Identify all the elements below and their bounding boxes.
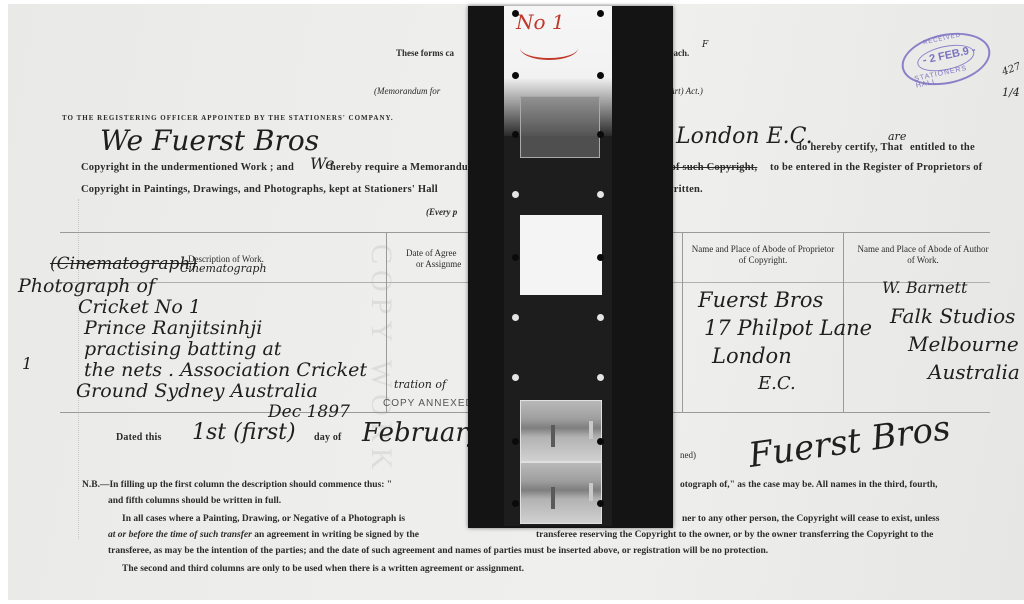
- nb-line-4-rest: an agreement in writing be signed by the: [254, 530, 419, 540]
- description-line: Photograph of: [18, 276, 367, 297]
- col-divider-2: [682, 232, 683, 412]
- received-stamp: RECEIVED - 2 FEB.9 - STATIONERS HALL: [897, 25, 995, 93]
- sprocket-hole: [597, 314, 604, 321]
- nb-line-4-right: transferee reserving the Copyright to th…: [536, 528, 933, 543]
- corner-number: 427: [1001, 61, 1023, 78]
- copyright-line-2: Copyright in the undermentioned Work ; a…: [81, 162, 294, 173]
- nb-line-3: In all cases where a Painting, Drawing, …: [122, 512, 405, 527]
- proprietor-line: London: [698, 342, 872, 370]
- film-strip: No 1: [504, 6, 612, 526]
- film-label-underline: [520, 36, 578, 60]
- description-line: Ground Sydney Australia: [18, 381, 367, 402]
- sprocket-hole: [512, 10, 519, 17]
- applicant-handwritten: We Fuerst Bros: [100, 124, 319, 157]
- nb-line-5: transferee, as may be the intention of t…: [108, 544, 768, 559]
- description-line: the nets . Association Cricket: [18, 360, 367, 381]
- author-line: Australia: [882, 358, 1020, 386]
- col-divider-1: [386, 232, 387, 412]
- batsman-figure: [551, 425, 555, 447]
- stumps-figure: [589, 483, 593, 501]
- film-frame-photo-1: [520, 400, 602, 462]
- col-header-author: Name and Place of Abode of Author of Wor…: [853, 244, 993, 266]
- sprocket-hole: [597, 10, 604, 17]
- dated-label: Dated this: [116, 432, 162, 443]
- require-text: hereby require a Memorandum: [330, 162, 477, 173]
- addressee-line: TO THE REGISTERING OFFICER APPOINTED BY …: [62, 114, 394, 122]
- applicant-place-handwritten: London E.C.: [676, 124, 813, 149]
- description-line: Cricket No 1: [18, 297, 367, 318]
- every-party-note: (Every p: [426, 207, 457, 217]
- entitled-text: entitled to the: [910, 142, 975, 153]
- register-text: to be entered in the Register of Proprie…: [770, 162, 982, 173]
- margin-number: 1: [22, 354, 32, 373]
- stumps-figure: [589, 421, 593, 439]
- certify-text: do hereby certify, That: [796, 142, 903, 153]
- description-handwritten: Photograph of Cricket No 1 Prince Ranjit…: [18, 276, 367, 423]
- nb-line-1: N.B.—In filling up the first column the …: [82, 478, 392, 493]
- dated-day-handwritten: 1st (first): [192, 420, 296, 445]
- sprocket-hole: [512, 191, 519, 198]
- batsman-figure: [551, 487, 555, 509]
- corner-fraction: 1/4: [1002, 86, 1020, 99]
- fee-mark: F: [702, 40, 708, 50]
- nb-line-1-right: otograph of," as the case may be. All na…: [680, 478, 938, 493]
- sprocket-hole: [512, 374, 519, 381]
- nb-line-2: and fifth columns should be written in f…: [108, 494, 281, 509]
- copyright-line-3: Copyright in Paintings, Drawings, and Ph…: [81, 184, 438, 195]
- film-label-text: No 1: [516, 10, 565, 34]
- are-handwritten: are: [888, 130, 906, 143]
- description-line: Prince Ranjitsinhji: [18, 318, 367, 339]
- film-frame-photo-2: [520, 462, 602, 524]
- sprocket-hole: [597, 254, 604, 261]
- annotation-handwritten: tration of: [394, 378, 446, 391]
- film-label: No 1: [516, 10, 565, 34]
- proprietor-line: 17 Philpot Lane: [698, 314, 872, 342]
- signed-label: ned): [680, 450, 696, 460]
- copy-annexed-stamp: COPY ANNEXED.: [383, 398, 478, 409]
- sprocket-hole: [597, 438, 604, 445]
- author-line: W. Barnett: [882, 274, 1020, 302]
- col-header-date-line1: Date of Agree: [406, 248, 456, 258]
- proprietor-handwritten: Fuerst Bros 17 Philpot Lane London E.C.: [698, 286, 872, 398]
- author-handwritten: W. Barnett Falk Studios Melbourne Austra…: [882, 274, 1020, 386]
- sprocket-hole: [512, 131, 519, 138]
- sprocket-hole: [512, 500, 519, 507]
- sprocket-hole: [597, 500, 604, 507]
- sprocket-hole: [512, 314, 519, 321]
- sprocket-hole: [597, 72, 604, 79]
- sprocket-hole: [512, 438, 519, 445]
- nb-line-4: at or before the time of such transfer a…: [108, 528, 419, 543]
- author-line: Melbourne: [882, 330, 1020, 358]
- day-of-label: day of: [314, 432, 342, 443]
- nb-italic: at or before the time of such transfer: [108, 530, 252, 540]
- dated-month-handwritten: February: [362, 418, 482, 448]
- col-header-date-line2: or Assignme: [406, 259, 461, 269]
- memo-line-left: (Memorandum for: [374, 86, 440, 96]
- sprocket-hole: [512, 72, 519, 79]
- fee-line-left: These forms ca: [396, 48, 454, 58]
- nb-line-3-right: ner to any other person, the Copyright w…: [682, 512, 939, 527]
- description-struck: (Cinematograph): [50, 254, 197, 274]
- sprocket-hole: [597, 374, 604, 381]
- sprocket-hole: [597, 131, 604, 138]
- proprietor-line: Fuerst Bros: [698, 286, 872, 314]
- sprocket-hole: [512, 254, 519, 261]
- signature-handwritten: Fuerst Bros: [746, 408, 953, 476]
- proprietor-line: E.C.: [698, 370, 872, 398]
- description-line: practising batting at: [18, 339, 367, 360]
- film-frame-blank: [520, 215, 602, 295]
- col-header-proprietor: Name and Place of Abode of Proprietor of…: [688, 244, 838, 266]
- film-frame-faded: [520, 96, 600, 158]
- sprocket-hole: [597, 191, 604, 198]
- nb-line-6: The second and third columns are only to…: [122, 562, 524, 577]
- author-line: Falk Studios: [882, 302, 1020, 330]
- description-over: Cinematograph: [180, 262, 267, 275]
